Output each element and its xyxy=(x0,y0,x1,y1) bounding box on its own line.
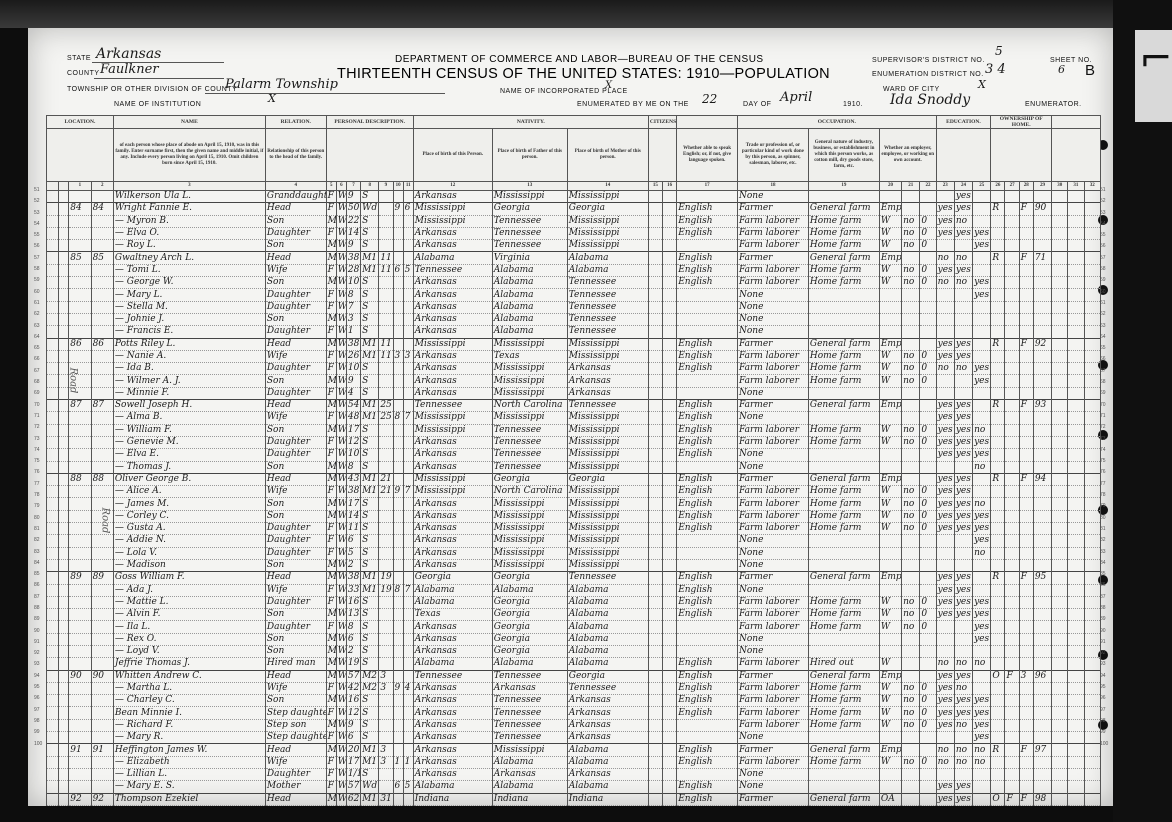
empty-cell xyxy=(1068,240,1084,252)
column-number: 19 xyxy=(808,182,879,191)
empty-cell xyxy=(47,498,59,510)
cell-age: 17 xyxy=(346,498,360,510)
cell-family xyxy=(91,326,113,338)
cell-sched xyxy=(1033,363,1051,375)
cell-free xyxy=(1005,707,1019,719)
cell-language: English xyxy=(677,227,738,239)
cell-family xyxy=(91,695,113,707)
enumeration-month: April xyxy=(780,90,812,105)
cell-language: English xyxy=(677,363,738,375)
cell-owned xyxy=(991,301,1005,313)
cell-mother: Arkansas xyxy=(567,387,648,399)
birth-person-desc: Place of birth of this Person. xyxy=(413,129,492,182)
table-row: 8686Potts Riley L.HeadMW38M111Mississipp… xyxy=(47,338,1101,350)
cell-marital: M1 xyxy=(361,400,379,412)
line-number: 89 xyxy=(1100,614,1108,625)
cell-school: yes xyxy=(973,375,991,387)
cell-family xyxy=(91,486,113,498)
birth-father-desc: Place of birth of Father of this person. xyxy=(492,129,567,182)
cell-marital: M1 xyxy=(361,350,379,362)
cell-school: yes xyxy=(973,535,991,547)
empty-cell xyxy=(648,793,662,805)
group-citizenship: CITIZENSHIP. xyxy=(648,116,676,129)
cell-farm xyxy=(1019,424,1033,436)
cell-weeks xyxy=(920,793,936,805)
cell-outwork: no xyxy=(902,486,920,498)
cell-yrs-married: 21 xyxy=(379,473,393,485)
cell-sched xyxy=(1033,658,1051,670)
table-row: — Lillian L.DaughterFW1/12SArkansasArkan… xyxy=(47,768,1101,780)
cell-owned xyxy=(991,436,1005,448)
cell-father: Arkansas xyxy=(492,682,567,694)
cell-industry: Home farm xyxy=(808,719,879,731)
cell-name: — Mattie L. xyxy=(113,596,265,608)
cell-language: English xyxy=(677,264,738,276)
empty-cell xyxy=(648,670,662,682)
empty-cell xyxy=(59,547,69,559)
line-number: 85 xyxy=(1100,569,1108,580)
cell-weeks: 0 xyxy=(920,510,936,522)
education-desc xyxy=(936,129,991,182)
cell-born xyxy=(393,535,403,547)
cell-mother: Mississippi xyxy=(567,412,648,424)
cell-language: English xyxy=(677,756,738,768)
cell-family xyxy=(91,535,113,547)
cell-owned xyxy=(991,535,1005,547)
empty-cell xyxy=(1068,424,1084,436)
cell-age: 42 xyxy=(346,682,360,694)
empty-cell xyxy=(1084,547,1101,559)
cell-name: — Alice A. xyxy=(113,486,265,498)
cell-emp: W xyxy=(879,596,901,608)
cell-family xyxy=(91,781,113,793)
cell-emp: W xyxy=(879,227,901,239)
cell-name: — Addie N. xyxy=(113,535,265,547)
cell-read: yes xyxy=(936,424,954,436)
cell-race: W xyxy=(336,756,346,768)
cell-school xyxy=(973,682,991,694)
cell-yrs-married xyxy=(379,424,393,436)
empty-cell xyxy=(1084,510,1101,522)
cell-father: Alabama xyxy=(492,313,567,325)
cell-owned xyxy=(991,658,1005,670)
empty-cell xyxy=(1068,264,1084,276)
cell-farm xyxy=(1019,707,1033,719)
empty-cell xyxy=(1052,264,1068,276)
line-number: 74 xyxy=(1100,445,1108,456)
cell-school xyxy=(973,645,991,657)
cell-trade: Farmer xyxy=(737,744,808,756)
cell-weeks xyxy=(920,547,936,559)
cell-industry: Home farm xyxy=(808,486,879,498)
cell-family xyxy=(91,732,113,744)
cell-sex: F xyxy=(326,412,336,424)
line-number: 95 xyxy=(1100,682,1108,693)
cell-weeks xyxy=(920,645,936,657)
cell-age: 8 xyxy=(346,621,360,633)
cell-language xyxy=(677,326,738,338)
cell-owned xyxy=(991,633,1005,645)
cell-birth: Arkansas xyxy=(413,375,492,387)
cell-school: yes xyxy=(973,277,991,289)
cell-weeks xyxy=(920,768,936,780)
cell-birth: Arkansas xyxy=(413,559,492,571)
cell-family xyxy=(91,424,113,436)
empty-cell xyxy=(1084,498,1101,510)
cell-mother: Alabama xyxy=(567,781,648,793)
empty-cell xyxy=(1052,719,1068,731)
cell-trade: None xyxy=(737,313,808,325)
cell-weeks: 0 xyxy=(920,609,936,621)
cell-write: yes xyxy=(954,400,972,412)
empty-cell xyxy=(663,633,677,645)
line-number: 51 xyxy=(34,185,42,196)
column-number: 8 xyxy=(361,182,379,191)
empty-cell xyxy=(1068,510,1084,522)
cell-marital: M1 xyxy=(361,412,379,424)
cell-name: — William F. xyxy=(113,424,265,436)
cell-sched xyxy=(1033,412,1051,424)
cell-born xyxy=(393,338,403,350)
cell-school: yes xyxy=(973,707,991,719)
cell-yrs-married xyxy=(379,559,393,571)
empty-cell xyxy=(59,363,69,375)
empty-cell xyxy=(1052,645,1068,657)
cell-name: — Mary E. S. xyxy=(113,781,265,793)
cell-race: W xyxy=(336,277,346,289)
cell-weeks: 0 xyxy=(920,486,936,498)
empty-cell xyxy=(59,609,69,621)
empty-cell xyxy=(1052,277,1068,289)
cell-language: English xyxy=(677,572,738,584)
column-number: 22 xyxy=(920,182,936,191)
empty-cell xyxy=(1052,744,1068,756)
empty-cell xyxy=(663,756,677,768)
cell-yrs-married xyxy=(379,449,393,461)
cell-farm xyxy=(1019,658,1033,670)
empty-cell xyxy=(1052,510,1068,522)
cell-mother: Tennessee xyxy=(567,572,648,584)
cell-owned xyxy=(991,645,1005,657)
cell-dwelling xyxy=(69,461,91,473)
census-title: THIRTEENTH CENSUS OF THE UNITED STATES: … xyxy=(337,66,830,82)
line-number: 63 xyxy=(1100,321,1108,332)
cell-race: W xyxy=(336,768,346,780)
cell-language xyxy=(677,191,738,203)
cell-industry xyxy=(808,301,879,313)
cell-born: 9 xyxy=(393,682,403,694)
county-label: County xyxy=(67,70,100,77)
institution-label: Name of institution xyxy=(114,101,201,108)
cell-marital: S xyxy=(361,227,379,239)
empty-cell xyxy=(59,338,69,350)
cell-father: Tennessee xyxy=(492,707,567,719)
cell-living xyxy=(403,252,413,264)
empty-cell xyxy=(663,572,677,584)
cell-marital: S xyxy=(361,215,379,227)
empty-cell xyxy=(663,461,677,473)
empty-cell xyxy=(1068,621,1084,633)
cell-sex: F xyxy=(326,621,336,633)
line-number: 55 xyxy=(34,230,42,241)
empty-cell xyxy=(648,203,662,215)
empty-cell xyxy=(47,203,59,215)
line-number: 61 xyxy=(34,298,42,309)
cell-name: Whitten Andrew C. xyxy=(113,670,265,682)
cell-race: W xyxy=(336,473,346,485)
cell-outwork xyxy=(902,252,920,264)
table-row: Jeffrie Thomas J.Hired manMW19SAlabamaAl… xyxy=(47,658,1101,670)
cell-sched xyxy=(1033,781,1051,793)
cell-industry xyxy=(808,326,879,338)
table-row: — Myron B.SonMW22SMississippiTennesseeMi… xyxy=(47,215,1101,227)
cell-age: 13 xyxy=(346,609,360,621)
cell-school: yes xyxy=(973,596,991,608)
cell-name: Potts Riley L. xyxy=(113,338,265,350)
cell-yrs-married: 31 xyxy=(379,793,393,805)
empty-cell xyxy=(648,547,662,559)
cell-marital: S xyxy=(361,695,379,707)
empty-cell xyxy=(1084,719,1101,731)
cell-father: Mississippi xyxy=(492,744,567,756)
cell-family xyxy=(91,645,113,657)
cell-born xyxy=(393,301,403,313)
line-number: 93 xyxy=(1100,659,1108,670)
cell-father: Georgia xyxy=(492,203,567,215)
state-value: Arkansas xyxy=(96,46,161,62)
cell-write: yes xyxy=(954,781,972,793)
empty-cell xyxy=(59,326,69,338)
cell-born xyxy=(393,240,403,252)
cell-birth: Arkansas xyxy=(413,277,492,289)
empty-cell xyxy=(1084,756,1101,768)
table-row: — Alice A.WifeFW38M12197MississippiNorth… xyxy=(47,486,1101,498)
cell-age: 17 xyxy=(346,424,360,436)
language-desc: Whether able to speak English; or, if no… xyxy=(677,129,738,182)
cell-farm: F xyxy=(1019,400,1033,412)
line-number: 52 xyxy=(1100,196,1108,207)
cell-birth: Texas xyxy=(413,609,492,621)
empty-cell xyxy=(47,793,59,805)
cell-family xyxy=(91,350,113,362)
cell-write: no xyxy=(954,252,972,264)
cell-birth: Mississippi xyxy=(413,473,492,485)
empty-cell xyxy=(648,707,662,719)
cell-family: 92 xyxy=(91,793,113,805)
cell-family: 84 xyxy=(91,203,113,215)
line-number: 91 xyxy=(1100,637,1108,648)
cell-sched: 92 xyxy=(1033,338,1051,350)
cell-age: 14 xyxy=(346,227,360,239)
cell-father: Tennessee xyxy=(492,424,567,436)
cell-farm xyxy=(1019,559,1033,571)
cell-dwelling xyxy=(69,609,91,621)
cell-weeks: 0 xyxy=(920,719,936,731)
line-number: 97 xyxy=(34,705,42,716)
cell-owned xyxy=(991,498,1005,510)
line-number: 77 xyxy=(1100,479,1108,490)
cell-school xyxy=(973,387,991,399)
cell-born xyxy=(393,387,403,399)
empty-cell xyxy=(1052,609,1068,621)
cell-mother: Tennessee xyxy=(567,301,648,313)
cell-age: 16 xyxy=(346,596,360,608)
cell-race: W xyxy=(336,289,346,301)
cell-dwelling: 84 xyxy=(69,203,91,215)
column-number: 9 xyxy=(379,182,393,191)
empty-cell xyxy=(648,338,662,350)
cell-sex: M xyxy=(326,670,336,682)
cell-write xyxy=(954,289,972,301)
cell-school: yes xyxy=(973,609,991,621)
enumerator-label: Enumerator. xyxy=(1025,101,1082,108)
cell-emp: W xyxy=(879,277,901,289)
cell-yrs-married: 11 xyxy=(379,264,393,276)
empty-cell xyxy=(47,621,59,633)
cell-weeks: 0 xyxy=(920,682,936,694)
line-number: 89 xyxy=(34,614,42,625)
empty-cell xyxy=(1084,350,1101,362)
cell-marital: M1 xyxy=(361,793,379,805)
cell-owned: O xyxy=(991,793,1005,805)
cell-industry xyxy=(808,412,879,424)
empty-cell xyxy=(59,633,69,645)
empty-cell xyxy=(47,191,59,203)
empty-cell xyxy=(47,473,59,485)
cell-farm xyxy=(1019,768,1033,780)
line-number: 87 xyxy=(34,592,42,603)
empty-cell xyxy=(1084,768,1101,780)
cell-birth: Mississippi xyxy=(413,338,492,350)
empty-cell xyxy=(648,264,662,276)
incorporated-place-value: X xyxy=(605,80,612,91)
cell-sched xyxy=(1033,609,1051,621)
cell-weeks xyxy=(920,633,936,645)
empty-cell xyxy=(648,609,662,621)
cell-living xyxy=(403,744,413,756)
department-heading: DEPARTMENT OF COMMERCE AND LABOR—BUREAU … xyxy=(395,54,764,65)
cell-farm: 3 xyxy=(1019,670,1033,682)
empty-cell xyxy=(648,277,662,289)
cell-marital: M1 xyxy=(361,744,379,756)
cell-yrs-married: 25 xyxy=(379,412,393,424)
line-number: 55 xyxy=(1100,230,1108,241)
cell-relation: Son xyxy=(265,313,326,325)
cell-emp xyxy=(879,584,901,596)
cell-free xyxy=(1005,682,1019,694)
empty-cell xyxy=(59,375,69,387)
cell-relation: Daughter xyxy=(265,596,326,608)
empty-cell xyxy=(648,633,662,645)
cell-trade: None xyxy=(737,633,808,645)
cell-outwork: no xyxy=(902,707,920,719)
empty-cell xyxy=(1084,744,1101,756)
empty-cell xyxy=(47,682,59,694)
cell-sched xyxy=(1033,289,1051,301)
cell-sched xyxy=(1033,547,1051,559)
cell-sched xyxy=(1033,768,1051,780)
empty-cell xyxy=(1052,633,1068,645)
empty-cell xyxy=(1084,252,1101,264)
table-row: — Richard F.Step sonMW9SArkansasTennesse… xyxy=(47,719,1101,731)
column-number: 1 xyxy=(69,182,91,191)
empty-cell xyxy=(1068,633,1084,645)
cell-farm xyxy=(1019,191,1033,203)
cell-mother: Alabama xyxy=(567,645,648,657)
cell-birth: Alabama xyxy=(413,781,492,793)
cell-farm xyxy=(1019,289,1033,301)
table-row: — Ida B.DaughterFW10SArkansasMississippi… xyxy=(47,363,1101,375)
cell-age: 8 xyxy=(346,289,360,301)
cell-name: — Stella M. xyxy=(113,301,265,313)
cell-owned: R xyxy=(991,400,1005,412)
empty-cell xyxy=(1084,240,1101,252)
cell-marital: S xyxy=(361,387,379,399)
cell-farm xyxy=(1019,719,1033,731)
cell-trade: Farm laborer xyxy=(737,719,808,731)
empty-cell xyxy=(1084,781,1101,793)
cell-relation: Son xyxy=(265,424,326,436)
line-number: 72 xyxy=(1100,422,1108,433)
cell-age: 10 xyxy=(346,363,360,375)
cell-father: Alabama xyxy=(492,277,567,289)
cell-living xyxy=(403,277,413,289)
cell-owned xyxy=(991,191,1005,203)
empty-cell xyxy=(1084,326,1101,338)
empty-cell xyxy=(1052,670,1068,682)
cell-father: Tennessee xyxy=(492,449,567,461)
cell-free xyxy=(1005,350,1019,362)
empty-cell xyxy=(648,387,662,399)
cell-trade: None xyxy=(737,461,808,473)
empty-cell xyxy=(47,350,59,362)
cell-outwork xyxy=(902,633,920,645)
empty-cell xyxy=(1068,400,1084,412)
cell-name: — James M. xyxy=(113,498,265,510)
empty-cell xyxy=(1052,436,1068,448)
cell-birth: Arkansas xyxy=(413,191,492,203)
cell-owned xyxy=(991,215,1005,227)
cell-age: 38 xyxy=(346,486,360,498)
cell-marital: M2 xyxy=(361,670,379,682)
cell-trade: None xyxy=(737,768,808,780)
empty-cell xyxy=(47,215,59,227)
cell-language: English xyxy=(677,596,738,608)
table-row: — MadisonSonMW2SArkansasMississippiMissi… xyxy=(47,559,1101,571)
cell-dwelling xyxy=(69,486,91,498)
empty-cell xyxy=(59,572,69,584)
cell-weeks: 0 xyxy=(920,596,936,608)
supervisor-district-label: Supervisor's District No. xyxy=(872,57,985,64)
cell-read: yes xyxy=(936,473,954,485)
cell-father: Tennessee xyxy=(492,719,567,731)
line-number: 98 xyxy=(34,716,42,727)
table-row: — Mary E. S.MotherFW57Wd65AlabamaAlabama… xyxy=(47,781,1101,793)
cell-dwelling xyxy=(69,191,91,203)
cell-living xyxy=(403,498,413,510)
cell-language: English xyxy=(677,338,738,350)
cell-outwork: no xyxy=(902,240,920,252)
empty-cell xyxy=(648,461,662,473)
cell-free xyxy=(1005,695,1019,707)
cell-birth: Arkansas xyxy=(413,732,492,744)
cell-relation: Wife xyxy=(265,486,326,498)
cell-sex: M xyxy=(326,658,336,670)
cell-read: yes xyxy=(936,338,954,350)
empty-cell xyxy=(59,670,69,682)
cell-birth: Arkansas xyxy=(413,547,492,559)
cell-industry: Home farm xyxy=(808,375,879,387)
